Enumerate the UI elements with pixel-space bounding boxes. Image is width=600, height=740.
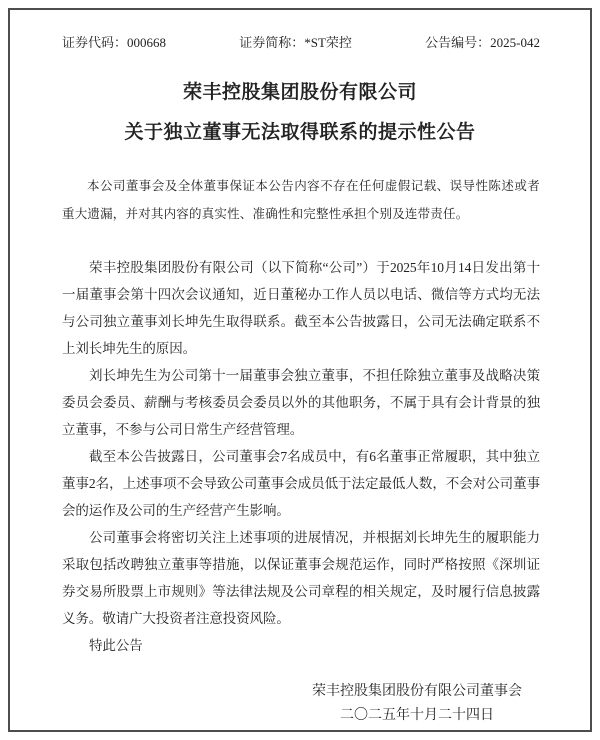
securities-header: 证券代码：000668 证券简称：*ST荣控 公告编号：2025-042 xyxy=(62,35,540,50)
page-border-frame: 证券代码：000668 证券简称：*ST荣控 公告编号：2025-042 荣丰控… xyxy=(8,8,592,732)
stock-code: 证券代码：000668 xyxy=(62,35,166,50)
announcement-number: 公告编号：2025-042 xyxy=(425,35,540,50)
signature-company: 荣丰控股集团股份有限公司董事会 xyxy=(312,680,522,704)
signature-date: 二〇二五年十月二十四日 xyxy=(312,704,522,728)
announcement-body: 荣丰控股集团股份有限公司（以下简称“公司”）于2025年10月14日发出第十一届… xyxy=(62,254,540,659)
signature-block: 荣丰控股集团股份有限公司董事会 二〇二五年十月二十四日 xyxy=(312,680,522,728)
paragraph-board-composition: 截至本公告披露日，公司董事会7名成员中，有6名董事正常履职，其中独立董事2名，上… xyxy=(62,443,540,524)
announcement-title: 关于独立董事无法取得联系的提示性公告 xyxy=(30,121,570,144)
stock-abbreviation: 证券简称：*ST荣控 xyxy=(239,35,352,50)
paragraph-closing: 特此公告 xyxy=(62,632,540,659)
paragraph-director-role: 刘长坤先生为公司第十一届董事会独立董事，不担任除独立董事及战略决策委员会委员、薪… xyxy=(62,362,540,443)
announcement-page: 证券代码：000668 证券简称：*ST荣控 公告编号：2025-042 荣丰控… xyxy=(0,0,600,740)
company-name-title: 荣丰控股集团股份有限公司 xyxy=(30,81,570,104)
paragraph-follow-up-measures: 公司董事会将密切关注上述事项的进展情况，并根据刘长坤先生的履职能力采取包括改聘独… xyxy=(62,524,540,632)
paragraph-contact-loss: 荣丰控股集团股份有限公司（以下简称“公司”）于2025年10月14日发出第十一届… xyxy=(62,254,540,362)
board-disclaimer-paragraph: 本公司董事会及全体董事保证本公告内容不存在任何虚假记载、误导性陈述或者重大遗漏，… xyxy=(62,172,540,228)
